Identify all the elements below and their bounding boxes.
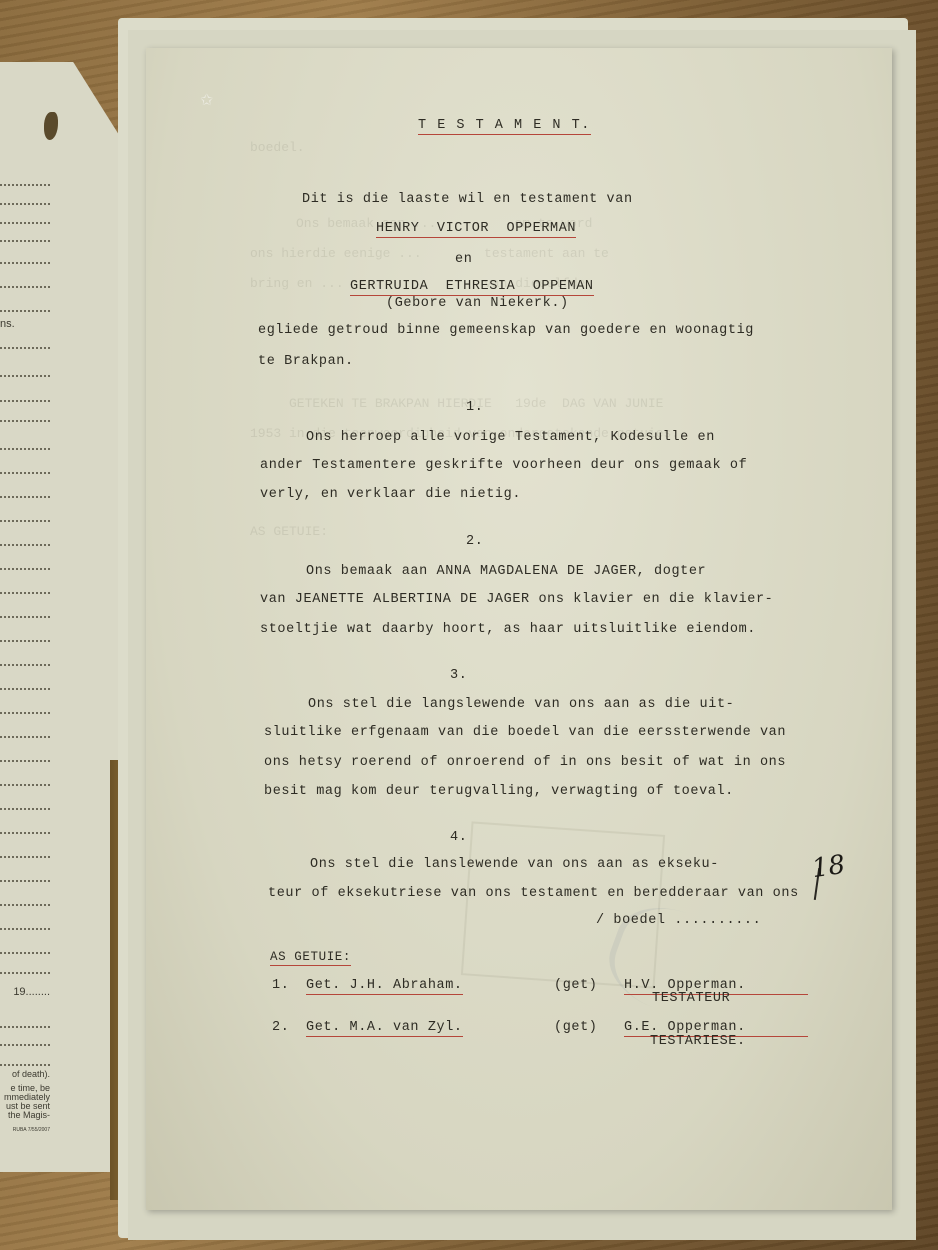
bleed-through-text: AS GETUIE: <box>250 524 328 539</box>
witness-name: Get. M.A. van Zyl. <box>306 1020 463 1037</box>
left-form-sheet: ns. 19........ of death). e time, be mme… <box>0 62 122 1172</box>
form-fragment: ns. <box>0 320 14 329</box>
handwritten-margin-note: 18 <box>810 850 847 884</box>
clause-line: Ons bemaak aan ANNA MAGDALENA DE JAGER, … <box>306 564 706 579</box>
dotted-line <box>0 784 50 786</box>
dotted-line <box>0 400 50 402</box>
clause-line: stoeltjie wat daarby hoort, as haar uits… <box>260 622 756 637</box>
dotted-line <box>0 592 50 594</box>
dotted-line <box>0 568 50 570</box>
dotted-line <box>0 375 50 377</box>
bleed-through-text: GETEKEN TE BRAKPAN HIERDIE 19de DAG VAN … <box>250 396 663 411</box>
dotted-line <box>0 736 50 738</box>
dotted-line <box>0 544 50 546</box>
dotted-line <box>0 904 50 906</box>
get-marker: (get) <box>554 978 598 993</box>
dotted-line <box>0 310 50 312</box>
dotted-line <box>0 640 50 642</box>
dotted-line <box>0 472 50 474</box>
signatory-role: TESTATEUR <box>652 991 730 1006</box>
dotted-line <box>0 928 50 930</box>
maiden-name: (Gebore van Niekerk.) <box>386 296 569 311</box>
clause-number: 3. <box>450 668 467 683</box>
form-fragment: 19........ <box>0 988 50 997</box>
conjunction: en <box>455 252 472 267</box>
dotted-line <box>0 972 50 974</box>
punch-hole <box>44 112 58 140</box>
dotted-line <box>0 496 50 498</box>
dotted-line <box>0 664 50 666</box>
dotted-line <box>0 856 50 858</box>
witness-number: 1. <box>272 978 289 993</box>
dotted-line <box>0 1026 50 1028</box>
dotted-line <box>0 616 50 618</box>
clause-number: 2. <box>466 534 483 549</box>
witness-number: 2. <box>272 1020 289 1035</box>
clause-line: van JEANETTE ALBERTINA DE JAGER ons klav… <box>260 592 773 607</box>
dotted-line <box>0 1064 50 1066</box>
clause-line: teur of eksekutriese van ons testament e… <box>268 886 799 901</box>
clause-line: ander Testamentere geskrifte voorheen de… <box>260 458 747 473</box>
bleed-through-text: boedel. <box>250 140 305 155</box>
intro-continuation: te Brakpan. <box>258 354 354 369</box>
dotted-line <box>0 520 50 522</box>
testatrix-name: GERTRUIDA ETHRESIA OPPEMAN <box>350 279 594 296</box>
form-fragment: the Magis- <box>0 1111 50 1120</box>
star-mark: ✩ <box>200 86 213 112</box>
dotted-line <box>0 286 50 288</box>
bleed-through-text: ons hierdie eenige ... testament aan te <box>250 246 609 261</box>
form-fragment: RUBA 7/55/2007 <box>0 1126 50 1135</box>
clause-number: 1. <box>466 400 483 415</box>
dotted-line <box>0 203 50 205</box>
clause-line: / boedel .......... <box>596 913 761 928</box>
witness-name: Get. J.H. Abraham. <box>306 978 463 995</box>
clause-line: Ons herroep alle vorige Testament, Kodes… <box>306 430 715 445</box>
get-marker: (get) <box>554 1020 598 1035</box>
dotted-line <box>0 347 50 349</box>
signatory-role: TESTARIESE. <box>650 1034 746 1049</box>
dotted-line <box>0 222 50 224</box>
clause-number: 4. <box>450 830 467 845</box>
clause-line: Ons stel die lanslewende van ons aan as … <box>310 857 719 872</box>
dotted-line <box>0 262 50 264</box>
clause-line: besit mag kom deur terugvalling, verwagt… <box>264 784 734 799</box>
clause-line: ons hetsy roerend of onroerend of in ons… <box>264 755 786 770</box>
form-fragment: of death). <box>0 1070 50 1079</box>
testator-name: HENRY VICTOR OPPERMAN <box>376 221 576 238</box>
intro-line: Dit is die laaste wil en testament van <box>302 192 633 207</box>
dotted-line <box>0 1044 50 1046</box>
dotted-line <box>0 712 50 714</box>
dotted-line <box>0 808 50 810</box>
dotted-line <box>0 184 50 186</box>
intro-continuation: egliede getroud binne gemeenskap van goe… <box>258 323 754 338</box>
dotted-line <box>0 240 50 242</box>
dotted-line <box>0 420 50 422</box>
clause-line: Ons stel die langslewende van ons aan as… <box>308 697 734 712</box>
dotted-line <box>0 760 50 762</box>
dotted-line <box>0 688 50 690</box>
dotted-line <box>0 448 50 450</box>
clause-line: sluitlike erfgenaam van die boedel van d… <box>264 725 786 740</box>
document-title: T E S T A M E N T. <box>418 118 591 135</box>
witness-heading: AS GETUIE: <box>270 950 351 966</box>
clause-line: verly, en verklaar die nietig. <box>260 487 521 502</box>
dotted-line <box>0 880 50 882</box>
dotted-line <box>0 952 50 954</box>
dotted-line <box>0 832 50 834</box>
